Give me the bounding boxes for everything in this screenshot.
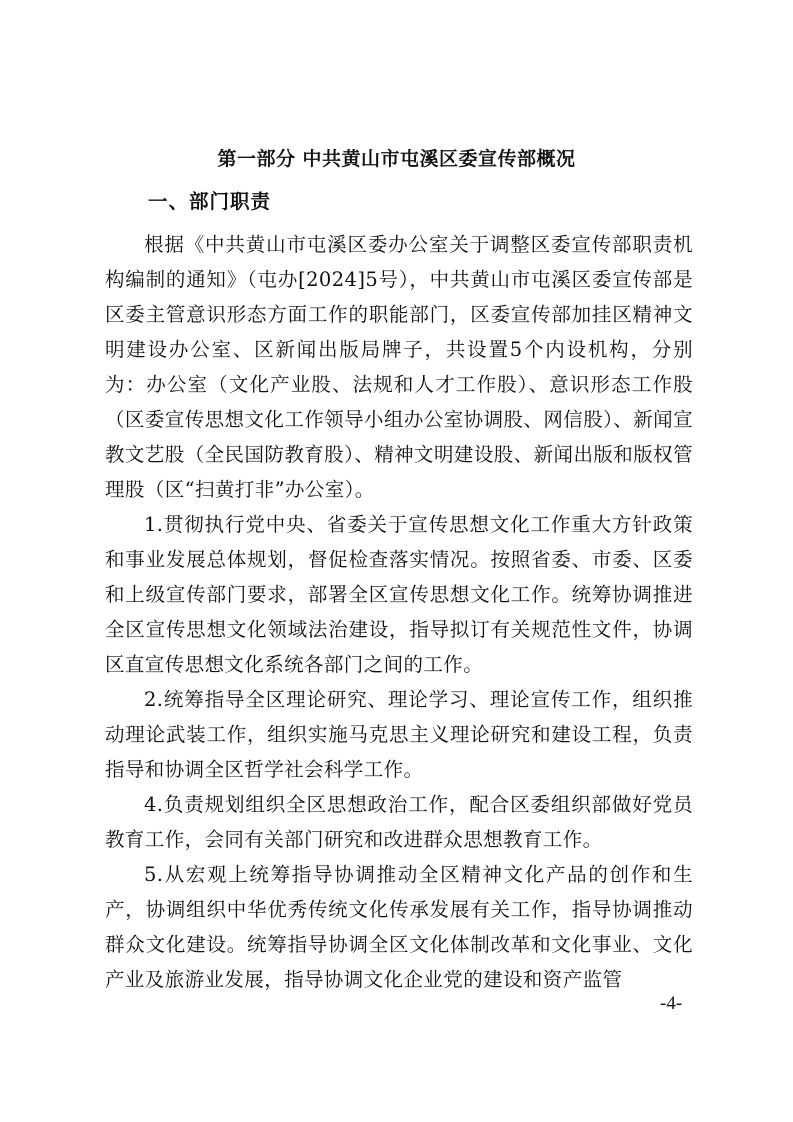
section-heading: 一、部门职责 (148, 186, 271, 218)
body-text: 根据《中共黄山市屯溪区委办公室关于调整区委宣传部职责机构编制的通知》（屯办[20… (105, 227, 693, 997)
paragraph-duty-2: 2.统筹指导全区理论研究、理论学习、理论宣传工作，组织推动理论武装工作，组织实施… (105, 682, 693, 787)
paragraph-duty-5: 5.从宏观上统筹指导协调推动全区精神文化产品的创作和生产，协调组织中华优秀传统文… (105, 857, 693, 997)
paragraph-duty-1: 1.贯彻执行党中央、省委关于宣传思想文化工作重大方针政策和事业发展总体规划，督促… (105, 507, 693, 682)
document-title: 第一部分 中共黄山市屯溪区委宣传部概况 (0, 143, 793, 175)
paragraph-duty-4: 4.负责规划组织全区思想政治工作，配合区委组织部做好党员教育工作，会同有关部门研… (105, 787, 693, 857)
paragraph-intro: 根据《中共黄山市屯溪区委办公室关于调整区委宣传部职责机构编制的通知》（屯办[20… (105, 227, 693, 507)
page-number: -4- (660, 992, 682, 1016)
document-page: 第一部分 中共黄山市屯溪区委宣传部概况 一、部门职责 根据《中共黄山市屯溪区委办… (0, 0, 793, 1122)
